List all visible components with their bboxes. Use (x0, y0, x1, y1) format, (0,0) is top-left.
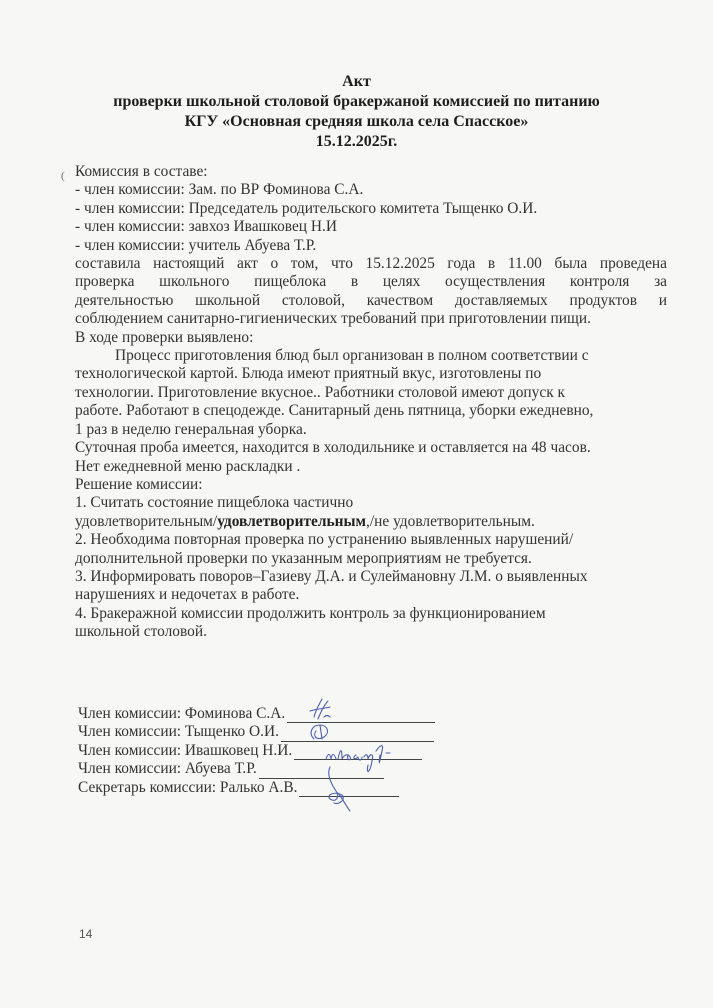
title-organization: КГУ «Основная средняя школа села Спасско… (0, 112, 713, 132)
findings-line: Суточная проба имеется, находится в холо… (75, 439, 667, 457)
signature-label: Член комиссии: Абуева Т.Р. (78, 760, 257, 778)
signature-row: Член комиссии: Фоминова С.А. (78, 705, 435, 723)
findings-line: работе. Работают в спецодежде. Санитарны… (75, 402, 667, 420)
option-text: ,/не удовлетворительным. (366, 513, 535, 530)
findings-line: Нет ежедневной меню раскладки . (75, 458, 667, 476)
signature-label: Секретарь комиссии: Ралько А.В. (78, 779, 297, 797)
signature-label: Член комиссии: Тыщенко О.И. (78, 723, 279, 741)
decision-item-3: 3. Информировать поворов–Газиеву Д.А. и … (75, 568, 667, 586)
signature-line (259, 763, 384, 779)
option-selected: удовлетворительным (217, 513, 366, 530)
decision-item-4: 4. Бракеражной комиссии продолжить контр… (75, 605, 667, 623)
commission-member: - член комиссии: Зам. по ВР Фоминова С.А… (75, 181, 667, 199)
document-body: Комиссия в составе: - член комиссии: Зам… (75, 163, 667, 642)
findings-line: 1 раз в неделю генеральная уборка. (75, 421, 667, 439)
signature-label: Член комиссии: Ивашковец Н.И. (78, 742, 292, 760)
title-date: 15.12.2025г. (0, 132, 713, 152)
act-statement-line: проверка школьного пищеблока в целях осу… (75, 273, 667, 291)
signature-block: Член комиссии: Фоминова С.А. Член комисс… (78, 705, 435, 797)
decision-item-4: школьной столовой. (75, 623, 667, 641)
document-header: Акт проверки школьной столовой бракержан… (0, 72, 713, 152)
decision-item-2: дополнительной проверки по указанным мер… (75, 550, 667, 568)
findings-line: Процесс приготовления блюд был организов… (75, 347, 667, 365)
findings-line: технологии. Приготовление вкусное.. Рабо… (75, 384, 667, 402)
decision-item-3: нарушениях и недочетах в работе. (75, 586, 667, 604)
signature-label: Член комиссии: Фоминова С.А. (78, 705, 285, 723)
title-subject: проверки школьной столовой бракержаной к… (0, 92, 713, 112)
act-statement-line: соблюдением санитарно-гигиенических треб… (75, 310, 667, 328)
commission-member: - член комиссии: завхоз Ивашковец Н.И (75, 218, 667, 236)
commission-intro: Комиссия в составе: (75, 163, 667, 181)
margin-mark: ( (61, 170, 65, 182)
findings-line: технологической картой. Блюда имеют прия… (75, 365, 667, 383)
page-number: 14 (79, 927, 92, 941)
signature-line (299, 781, 399, 797)
commission-member: - член комиссии: Председатель родительск… (75, 200, 667, 218)
commission-member: - член комиссии: учитель Абуева Т.Р. (75, 237, 667, 255)
signature-row: Член комиссии: Тыщенко О.И. (78, 723, 435, 741)
signature-line (287, 707, 435, 723)
findings-heading: В ходе проверки выявлено: (75, 329, 667, 347)
signature-row: Секретарь комиссии: Ралько А.В. (78, 779, 435, 797)
option-text: удовлетворительным/ (75, 513, 217, 530)
signature-line (294, 744, 422, 760)
decision-item-1-options: удовлетворительным/удовлетворительным,/н… (75, 513, 667, 531)
signature-row: Член комиссии: Абуева Т.Р. (78, 760, 435, 778)
decision-item-2: 2. Необходима повторная проверка по устр… (75, 531, 667, 549)
signature-row: Член комиссии: Ивашковец Н.И. (78, 742, 435, 760)
title-act: Акт (0, 72, 713, 92)
signature-line (281, 726, 434, 742)
act-statement-line: составила настоящий акт о том, что 15.12… (75, 255, 667, 273)
decision-item-1: 1. Считать состояние пищеблока частично (75, 494, 667, 512)
decision-heading: Решение комиссии: (75, 476, 667, 494)
act-statement-line: деятельностью школьной столовой, качеств… (75, 292, 667, 310)
document-page: Акт проверки школьной столовой бракержан… (0, 0, 713, 1008)
